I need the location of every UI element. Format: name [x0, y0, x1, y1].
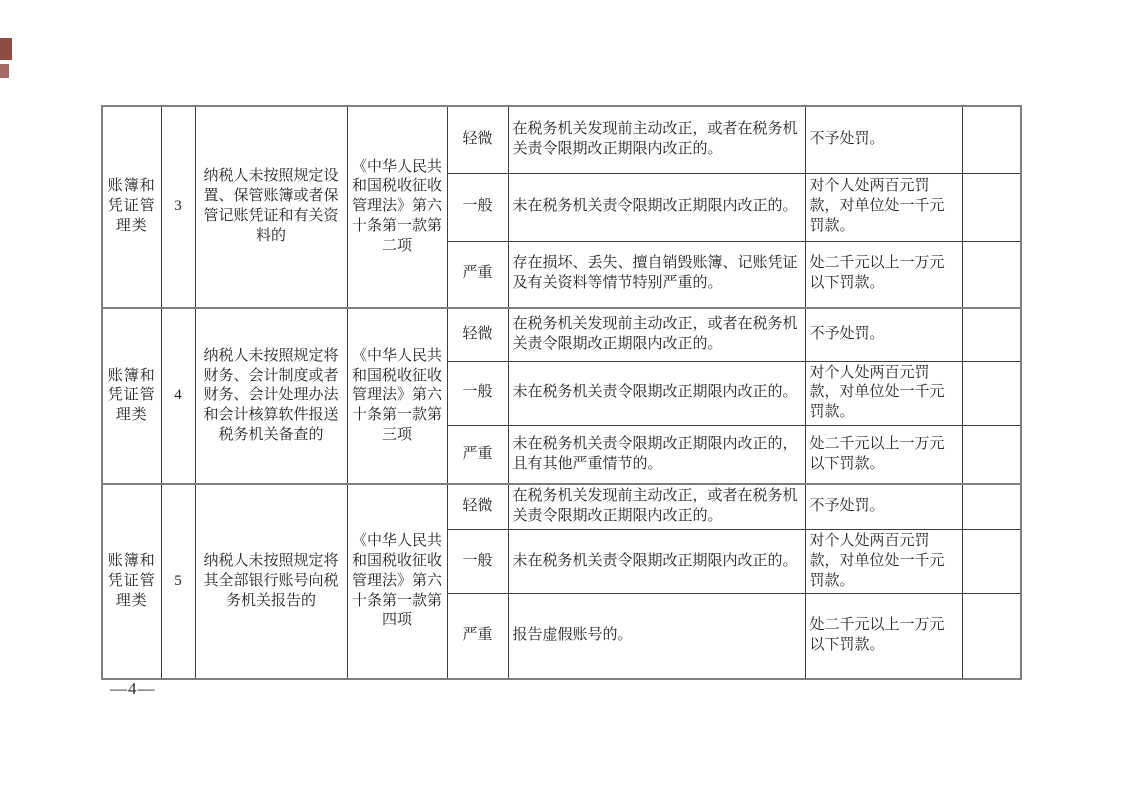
violation-cell: 纳税人未按照规定将财务、会计制度或者财务、会计处理办法和会计核算软件报送税务机关…	[195, 308, 347, 484]
category-cell: 账簿和凭证管理类	[102, 308, 161, 484]
penalty-cell: 不予处罚。	[805, 106, 962, 173]
circumstance-cell: 未在税务机关责令限期改正期限内改正的。	[508, 173, 805, 241]
legal-basis-cell: 《中华人民共和国税收征收管理法》第六十条第一款第四项	[347, 484, 447, 678]
circumstance-cell: 未在税务机关责令限期改正期限内改正的，且有其他严重情节的。	[508, 425, 805, 484]
violation-cell: 纳税人未按照规定设置、保管账簿或者保管记账凭证和有关资料的	[195, 106, 347, 308]
severity-cell: 一般	[447, 529, 508, 593]
remark-cell	[962, 241, 1021, 308]
table-row: 账簿和凭证管理类5纳税人未按照规定将其全部银行账号向税务机关报告的《中华人民共和…	[102, 484, 1021, 529]
penalty-cell: 对个人处两百元罚款，对单位处一千元罚款。	[805, 361, 962, 425]
circumstance-cell: 在税务机关发现前主动改正，或者在税务机关责令限期改正期限内改正的。	[508, 308, 805, 361]
scan-artifact	[0, 64, 9, 78]
circumstance-cell: 报告虚假账号的。	[508, 594, 805, 679]
remark-cell	[962, 425, 1021, 484]
circumstance-cell: 未在税务机关责令限期改正期限内改正的。	[508, 361, 805, 425]
document-page: 账簿和凭证管理类3纳税人未按照规定设置、保管账簿或者保管记账凭证和有关资料的《中…	[0, 0, 1122, 793]
severity-cell: 严重	[447, 594, 508, 679]
circumstance-cell: 存在损坏、丢失、擅自销毁账簿、记账凭证及有关资料等情节特别严重的。	[508, 241, 805, 308]
severity-cell: 轻微	[447, 308, 508, 361]
row-number-cell: 3	[161, 106, 195, 308]
category-cell: 账簿和凭证管理类	[102, 106, 161, 308]
severity-cell: 一般	[447, 173, 508, 241]
penalty-cell: 处二千元以上一万元以下罚款。	[805, 594, 962, 679]
severity-cell: 严重	[447, 425, 508, 484]
remark-cell	[962, 173, 1021, 241]
remark-cell	[962, 361, 1021, 425]
remark-cell	[962, 106, 1021, 173]
severity-cell: 轻微	[447, 106, 508, 173]
table-row: 账簿和凭证管理类4纳税人未按照规定将财务、会计制度或者财务、会计处理办法和会计核…	[102, 308, 1021, 361]
penalty-cell: 处二千元以上一万元以下罚款。	[805, 425, 962, 484]
circumstance-cell: 在税务机关发现前主动改正，或者在税务机关责令限期改正期限内改正的。	[508, 106, 805, 173]
penalty-cell: 对个人处两百元罚款，对单位处一千元罚款。	[805, 529, 962, 593]
circumstance-cell: 未在税务机关责令限期改正期限内改正的。	[508, 529, 805, 593]
remark-cell	[962, 529, 1021, 593]
remark-cell	[962, 484, 1021, 529]
table-body: 账簿和凭证管理类3纳税人未按照规定设置、保管账簿或者保管记账凭证和有关资料的《中…	[102, 106, 1021, 679]
row-number-cell: 4	[161, 308, 195, 484]
legal-basis-cell: 《中华人民共和国税收征收管理法》第六十条第一款第三项	[347, 308, 447, 484]
penalty-discretion-table: 账簿和凭证管理类3纳税人未按照规定设置、保管账簿或者保管记账凭证和有关资料的《中…	[101, 105, 1022, 680]
table-row: 账簿和凭证管理类3纳税人未按照规定设置、保管账簿或者保管记账凭证和有关资料的《中…	[102, 106, 1021, 173]
violation-cell: 纳税人未按照规定将其全部银行账号向税务机关报告的	[195, 484, 347, 678]
severity-cell: 严重	[447, 241, 508, 308]
penalty-cell: 对个人处两百元罚款，对单位处一千元罚款。	[805, 173, 962, 241]
penalty-cell: 处二千元以上一万元以下罚款。	[805, 241, 962, 308]
row-number-cell: 5	[161, 484, 195, 678]
severity-cell: 轻微	[447, 484, 508, 529]
penalty-cell: 不予处罚。	[805, 308, 962, 361]
circumstance-cell: 在税务机关发现前主动改正，或者在税务机关责令限期改正期限内改正的。	[508, 484, 805, 529]
remark-cell	[962, 594, 1021, 679]
page-number: —4—	[110, 679, 156, 699]
legal-basis-cell: 《中华人民共和国税收征收管理法》第六十条第一款第二项	[347, 106, 447, 308]
scan-artifact	[0, 38, 12, 60]
remark-cell	[962, 308, 1021, 361]
penalty-cell: 不予处罚。	[805, 484, 962, 529]
category-cell: 账簿和凭证管理类	[102, 484, 161, 678]
severity-cell: 一般	[447, 361, 508, 425]
